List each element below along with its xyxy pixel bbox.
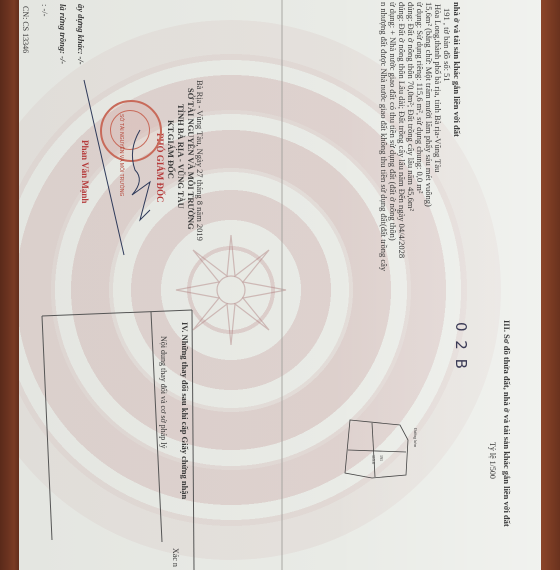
land-use-certificate: CN: CS 13346 nhà ở và tài sản khác gắn l… xyxy=(19,0,541,570)
star-watermark-icon xyxy=(171,230,291,350)
page-fold xyxy=(281,0,283,570)
